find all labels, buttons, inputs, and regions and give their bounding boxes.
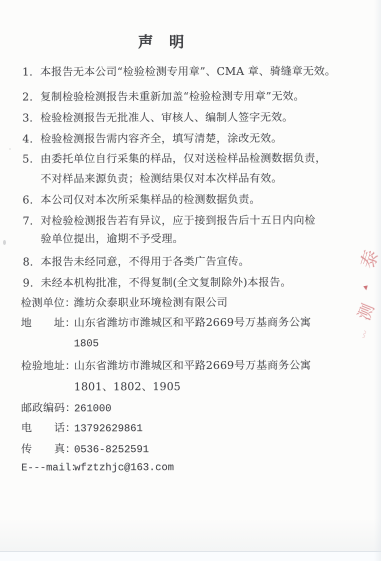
contact-value: 1801、1802、1905 xyxy=(74,380,181,393)
contact-label: 检验地址： xyxy=(21,359,74,373)
item-text: 对检验检测报告若有异议，应于接到报告后十五日内向检 xyxy=(41,214,316,228)
scan-bottom-shading xyxy=(0,518,381,552)
contact-row-address: 地 址：山东省潍坊市潍城区和平路2669号万基商务公寓 xyxy=(21,316,311,331)
item-text: 本公司仅对本次所采集样品的检测数据负责。 xyxy=(41,193,261,207)
statement-content: 声 明 1.本报告无本公司“检验检测专用章”、CMA 章、骑缝章无效。 2.复制… xyxy=(20,0,376,561)
scan-bottom-edge xyxy=(0,551,381,561)
contact-label: 传 真： xyxy=(21,442,74,456)
item-number: 1. xyxy=(22,65,40,79)
contact-label: 地 址： xyxy=(21,316,74,330)
item-number: 6. xyxy=(23,193,41,207)
statement-item-5-continuation: 不对样品来源负责；检测结果仅对本次样品有效。 xyxy=(40,172,282,187)
statement-item-7: 7.对检验检测报告若有异议，应于接到报告后十五日内向检 xyxy=(23,214,316,229)
scan-speck xyxy=(3,240,6,245)
statement-item-4: 4.检验检测报告需内容齐全，填写清楚，涂改无效。 xyxy=(22,132,282,147)
statement-page: 声 明 1.本报告无本公司“检验检测专用章”、CMA 章、骑缝章无效。 2.复制… xyxy=(0,0,381,561)
contact-label: 电 话： xyxy=(21,421,74,435)
contact-value: 山东省潍坊市潍城区和平路2669号万基商务公寓 xyxy=(74,316,311,330)
contact-value: 1805 xyxy=(74,338,99,350)
contact-row-phone: 电 话：13792629861 xyxy=(21,421,143,436)
contact-row-unit: 检测单位：潍坊众泰职业环境检测有限公司 xyxy=(21,296,228,311)
item-text: 检验检测报告无批准人、审核人、编制人签字无效。 xyxy=(40,111,293,125)
contact-row-fax: 传 真：0536-8252591 xyxy=(21,442,149,457)
statement-item-5: 5.由委托单位自行采集的样品，仅对送检样品检测数据负责， xyxy=(22,152,326,167)
contact-row-postal-code: 邮政编码：261000 xyxy=(21,401,111,416)
item-number: 8. xyxy=(23,255,41,269)
statement-item-9: 9.未经本机构批准，不得复制(全文复制除外)本报告。 xyxy=(23,276,292,291)
item-text: 本报告未经同意，不得用于各类广告宣传。 xyxy=(41,255,250,269)
statement-item-2: 2.复制检验检测报告未重新加盖“检验检测专用章”无效。 xyxy=(22,90,304,105)
item-text: 不对样品来源负责；检测结果仅对本次样品有效。 xyxy=(40,172,282,186)
item-number: 5. xyxy=(22,152,40,166)
contact-value: 13792629861 xyxy=(74,423,143,435)
item-text: 检验检测报告需内容齐全，填写清楚，涂改无效。 xyxy=(40,132,282,146)
item-number: 9. xyxy=(23,276,41,290)
item-number: 4. xyxy=(22,132,40,146)
scan-speck xyxy=(9,148,11,150)
contact-value: wfztzhjc@163.com xyxy=(74,462,174,474)
item-number: 2. xyxy=(22,90,40,104)
item-number: 3. xyxy=(22,111,40,125)
statement-item-8: 8.本报告未经同意，不得用于各类广告宣传。 xyxy=(23,255,250,270)
contact-row-test-address-continuation: 1801、1802、1905 xyxy=(74,380,181,394)
item-text: 本报告无本公司“检验检测专用章”、CMA 章、骑缝章无效。 xyxy=(40,65,336,79)
statement-item-7-continuation: 验单位提出，逾期不予受理。 xyxy=(41,232,184,246)
contact-value: 山东省潍坊市潍城区和平路2669号万基商务公寓 xyxy=(74,359,311,373)
item-number: 7. xyxy=(23,214,41,228)
contact-label: 检测单位： xyxy=(21,296,74,310)
item-text: 验单位提出，逾期不予受理。 xyxy=(41,232,184,245)
contact-label: 邮政编码： xyxy=(21,401,74,415)
scan-right-edge xyxy=(374,0,381,561)
contact-row-email: E---mail：wfztzhjc@163.com xyxy=(21,461,174,475)
contact-row-test-address: 检验地址：山东省潍坊市潍城区和平路2669号万基商务公寓 xyxy=(21,359,311,374)
contact-value: 261000 xyxy=(74,403,111,415)
item-text: 未经本机构批准，不得复制(全文复制除外)本报告。 xyxy=(41,276,292,290)
contact-value: 潍坊众泰职业环境检测有限公司 xyxy=(74,296,228,309)
statement-item-1: 1.本报告无本公司“检验检测专用章”、CMA 章、骑缝章无效。 xyxy=(22,65,336,80)
statement-item-6: 6.本公司仅对本次所采集样品的检测数据负责。 xyxy=(23,193,261,208)
contact-label: E---mail： xyxy=(21,461,74,475)
statement-title: 声 明 xyxy=(138,31,185,52)
contact-value: 0536-8252591 xyxy=(74,444,149,456)
contact-row-address-continuation: 1805 xyxy=(74,337,99,351)
statement-item-3: 3.检验检测报告无批准人、审核人、编制人签字无效。 xyxy=(22,111,293,126)
item-text: 由委托单位自行采集的样品，仅对送检样品检测数据负责， xyxy=(40,152,326,166)
item-text: 复制检验检测报告未重新加盖“检验检测专用章”无效。 xyxy=(40,90,304,104)
